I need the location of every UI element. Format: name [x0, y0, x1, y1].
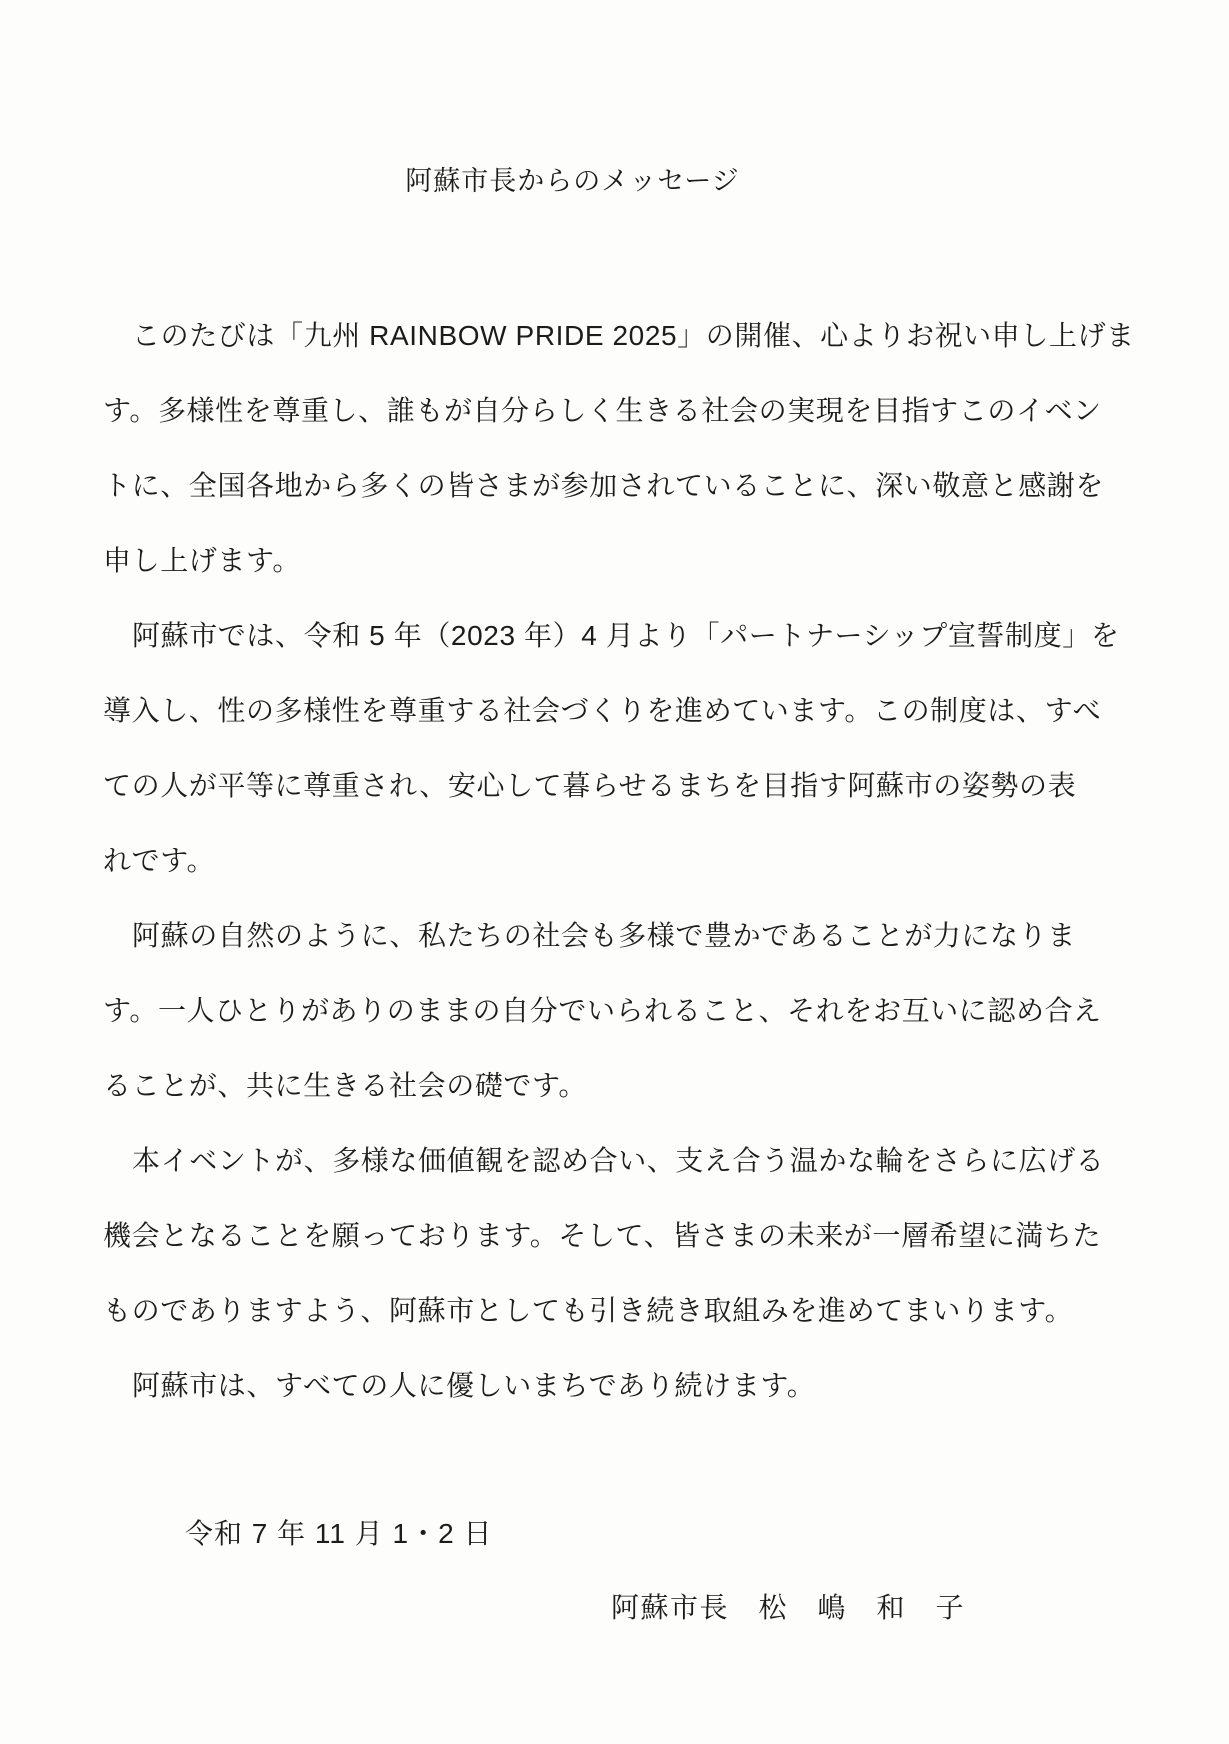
- text-line: このたびは「九州 RAINBOW PRIDE 2025」の開催、心よりお祝い申し…: [103, 298, 1143, 373]
- text-line: 阿蘇市は、すべての人に優しいまちであり続けます。: [103, 1348, 1143, 1423]
- text-line: 阿蘇市では、令和 5 年（2023 年）4 月より「パートナーシップ宣誓制度」を: [103, 598, 1143, 673]
- page-title: 阿蘇市長からのメッセージ: [0, 158, 1229, 204]
- text-line: トに、全国各地から多くの皆さまが参加されていることに、深い敬意と感謝を: [103, 448, 1143, 523]
- text-line: ものでありますよう、阿蘇市としても引き続き取組みを進めてまいります。: [103, 1273, 1143, 1348]
- text-line: す。多様性を尊重し、誰もが自分らしく生きる社会の実現を目指すこのイベン: [103, 373, 1143, 448]
- text-line: す。一人ひとりがありのままの自分でいられること、それをお互いに認め合え: [103, 973, 1143, 1048]
- text-line: 導入し、性の多様性を尊重する社会づくりを進めています。この制度は、すべ: [103, 673, 1143, 748]
- text-line: ての人が平等に尊重され、安心して暮らせるまちを目指す阿蘇市の姿勢の表: [103, 748, 1143, 823]
- text-line: 本イベントが、多様な価値観を認め合い、支え合う温かな輪をさらに広げる: [103, 1123, 1143, 1198]
- text-line: 申し上げます。: [103, 523, 1143, 598]
- text-line: 阿蘇の自然のように、私たちの社会も多様で豊かであることが力になりま: [103, 898, 1143, 973]
- document-page: 阿蘇市長からのメッセージ このたびは「九州 RAINBOW PRIDE 2025…: [0, 0, 1229, 1744]
- text-line: れです。: [103, 823, 1143, 898]
- letter-body: このたびは「九州 RAINBOW PRIDE 2025」の開催、心よりお祝い申し…: [103, 298, 1143, 1423]
- text-line: 機会となることを願っております。そして、皆さまの未来が一層希望に満ちた: [103, 1198, 1143, 1273]
- signature-text: 阿蘇市長 松 嶋 和 子: [0, 1570, 1229, 1645]
- text-line: ることが、共に生きる社会の礎です。: [103, 1048, 1143, 1123]
- date-text: 令和 7 年 11 月 1・2 日: [185, 1496, 492, 1571]
